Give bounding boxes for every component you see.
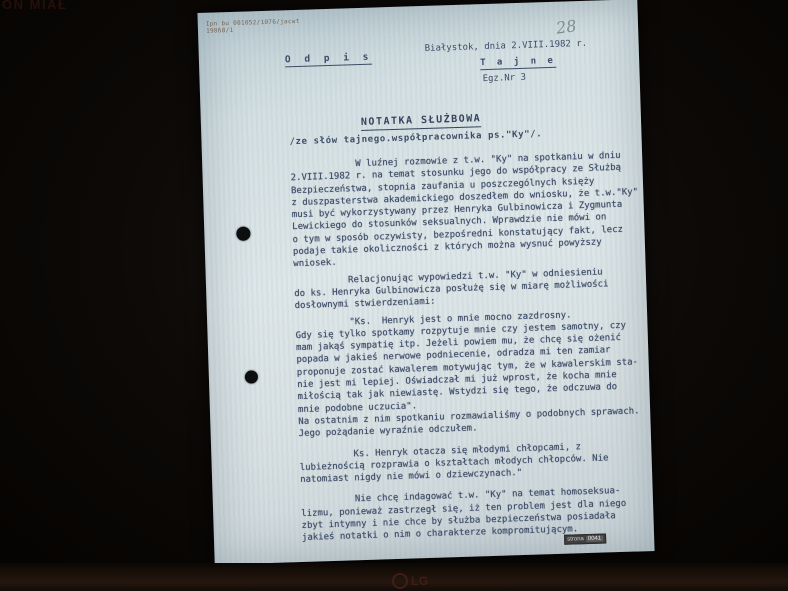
copy-number: Egz.Nr 3 (482, 73, 526, 84)
lg-logo: LG (392, 573, 429, 589)
place-date-line: Białystok, dnia 2.VIII.1982 r. (425, 39, 588, 54)
hole-punch-top (236, 226, 250, 240)
document-paragraph: Relacjonując wypowiedzi t.w. "Ky" w odni… (294, 265, 651, 313)
document-title: NOTATKA SŁUŻBOWA (361, 113, 482, 131)
page-number-badge: strona 0041 (564, 533, 606, 544)
classification-label: T a j n e (480, 56, 556, 70)
document-paragraph: "Ks. Henryk jest o mnie mocno zazdrosny.… (295, 307, 655, 441)
document-subtitle: /ze słów tajnego.współpracownika ps."Ky"… (289, 129, 542, 147)
handwritten-page-number: 28 (555, 16, 578, 38)
document-paragraph: Ks. Henryk otacza się młodymi chłopcami,… (299, 438, 656, 486)
copy-label: O d p i s (285, 52, 373, 68)
document-paragraph: W luźnej rozmowie z t.w. "Ky" na spotkan… (290, 149, 649, 271)
archive-stamp: Ipn bu 001052/1076/jacwt 19868/1 (206, 18, 300, 35)
hole-punch-bottom (245, 370, 258, 383)
lg-logo-icon (392, 573, 408, 589)
lg-logo-text: LG (411, 574, 429, 588)
page-badge-label: strona (567, 536, 584, 543)
document-page: Ipn bu 001052/1076/jacwt 19868/1 28 O d … (197, 0, 654, 565)
document-body: W luźnej rozmowie z t.w. "Ky" na spotkan… (290, 149, 658, 550)
background-caption: ON MIAŁ (2, 0, 67, 12)
page-badge-number: 0041 (586, 536, 604, 543)
